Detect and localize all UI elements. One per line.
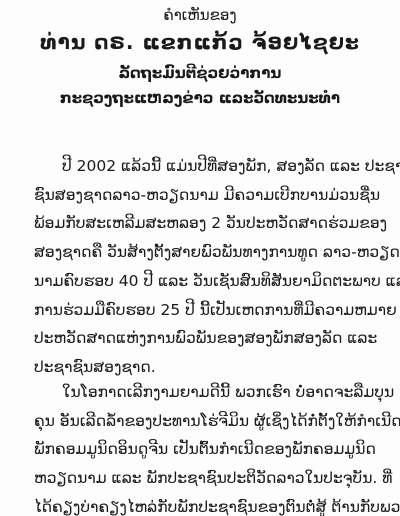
speaker-title-line2: ກະຊວງຖະແຫລງຂ່າວ ແລະວັດທະນະທຳ: [0, 87, 400, 109]
document-label: ຄຳເຫັນຂອງ: [0, 4, 400, 26]
speaker-title-line1: ລັດຖະມົນຕີຊ່ວຍວ່າການ: [0, 62, 400, 84]
paragraph-line: ສອງຊາດຄື ວັນສ້າງຕັ້ງສາຍພົວພັນທາງການທູດ ລ…: [34, 238, 382, 267]
paragraph-2: ໃນໂອກາດເລີກງາມຍາມດີນີ້ ພວກເຮົາ ບໍ່ອາດຈະລ…: [34, 378, 382, 516]
paragraph-line: ຄຸນ ອັນເລີດລ້ຳຂອງປະທານໂຮ່ຈີມິນ ຜູ້ເຊິ່ງໄ…: [34, 407, 382, 436]
paragraph-line: ນາມຄົບຮອບ 40 ປີ ແລະ ວັນເຊັນສົນທິສັນຍາມິດ…: [34, 267, 382, 296]
paragraph-line: ພັກຄອມມູນິດອິນດູຈີນ ເປັນຕົ້ນກຳເນີດຂອງພັກ…: [34, 435, 382, 464]
paragraph-line: ປີ 2002 ແລ້ວນີ້ ແມ່ນປີທີ່ສອງພັກ, ສອງລັດ …: [34, 152, 382, 181]
paragraph-line: ຊົນສອງຊາດລາວ-ຫວຽດນາມ ມີຄວາມເບີກບານມ່ວນຊື…: [34, 181, 382, 210]
paragraph-1: ປີ 2002 ແລ້ວນີ້ ແມ່ນປີທີ່ສອງພັກ, ສອງລັດ …: [34, 152, 382, 382]
paragraph-line: ໄດ້ຄຽງບ່າຄຽງໄຫລ່ກັບພັກປະຊາຊົນຂອງຕົນຕໍ່ສູ…: [34, 493, 382, 516]
paragraph-line: ຫວຽດນາມ ແລະ ພັກປະຊາຊົນປະຕິວັດລາວໃນປະຈຸບັ…: [34, 464, 382, 493]
speaker-name: ທ່ານ ດຣ. ແຂກແກ້ວ ຈ້ອຍໄຊຍະ: [0, 28, 400, 56]
document-page: ຄຳເຫັນຂອງ ທ່ານ ດຣ. ແຂກແກ້ວ ຈ້ອຍໄຊຍະ ລັດຖ…: [0, 0, 400, 516]
paragraph-line: ພ້ອມກັບສະເຫລີມສະຫລອງ 2 ວັນປະຫວັດສາດຮ່ວມຂ…: [34, 209, 382, 238]
paragraph-line: ປະຫວັດສາດແຫ່ງການພົວພັນຂອງສອງພັກສອງລັດ ແລ…: [34, 324, 382, 353]
paragraph-line: ການຮ່ວມມືຄົບຮອບ 25 ປີ ນີ້ເປັນເຫດການທີ່ມີ…: [34, 296, 382, 325]
paragraph-line: ໃນໂອກາດເລີກງາມຍາມດີນີ້ ພວກເຮົາ ບໍ່ອາດຈະລ…: [34, 378, 382, 407]
